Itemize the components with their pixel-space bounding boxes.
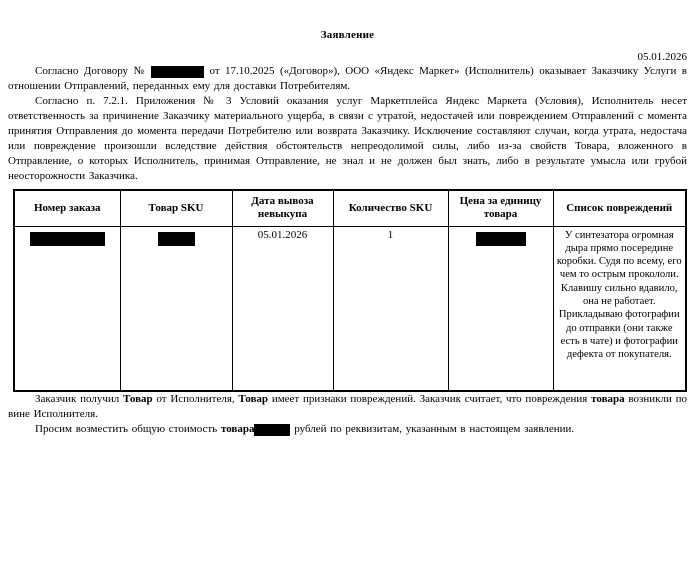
paragraph-claim-text-1: Заказчик получил [35,393,123,405]
col-header-unit-price: Цена за единицу товара [448,190,553,226]
table-row: 05.01.2026 1 У синтезатора огромная дыра… [14,226,686,391]
cell-damage-list: У синтезатора огромная дыра прямо посере… [553,226,686,391]
cell-unit-price [448,226,553,391]
paragraph-claim-text-3: имеет признаки повреждений. Заказчик счи… [268,393,591,405]
document-page: Заявление 05.01.2026 Согласно Договору №… [0,0,700,569]
paragraph-request: Просим возместить общую стоимость товара… [8,422,687,437]
paragraph-liability-text: Согласно п. 7.2.1. Приложения № 3 Услови… [8,95,687,182]
col-header-quantity: Количество SKU [333,190,448,226]
document-date: 05.01.2026 [8,50,687,64]
redaction-bar-amount [254,424,290,436]
redaction-bar-sku [158,232,195,246]
col-header-damage-list: Список повреждений [553,190,686,226]
paragraph-request-bold-1: товара [221,423,255,435]
claims-table: Номер заказа Товар SKU Дата вывоза невык… [13,189,687,392]
paragraph-contract-text-before: Согласно Договору № [35,65,151,77]
redaction-bar-unit-price [476,232,526,246]
redaction-bar-order-number [30,232,105,246]
paragraph-request-text-1: Просим возместить общую стоимость [35,423,221,435]
document-title: Заявление [8,28,687,42]
cell-sku [120,226,232,391]
paragraph-liability: Согласно п. 7.2.1. Приложения № 3 Услови… [8,94,687,184]
col-header-pickup-date: Дата вывоза невыкупа [232,190,333,226]
col-header-order-number: Номер заказа [14,190,120,226]
cell-order-number [14,226,120,391]
paragraph-claim-text-2: от Исполнителя, [153,393,239,405]
paragraph-contract: Согласно Договору № от 17.10.2025 («Дого… [8,64,687,94]
cell-quantity: 1 [333,226,448,391]
paragraph-claim-bold-3: товара [591,393,625,405]
paragraph-claim-bold-2: Товар [238,393,268,405]
cell-pickup-date: 05.01.2026 [232,226,333,391]
redaction-bar-contract-number [151,66,204,78]
col-header-sku: Товар SKU [120,190,232,226]
paragraph-claim-bold-1: Товар [123,393,153,405]
table-header-row: Номер заказа Товар SKU Дата вывоза невык… [14,190,686,226]
paragraph-claim: Заказчик получил Товар от Исполнителя, Т… [8,392,687,422]
paragraph-request-text-2: рублей по реквизитам, указанным в настоя… [290,423,574,435]
